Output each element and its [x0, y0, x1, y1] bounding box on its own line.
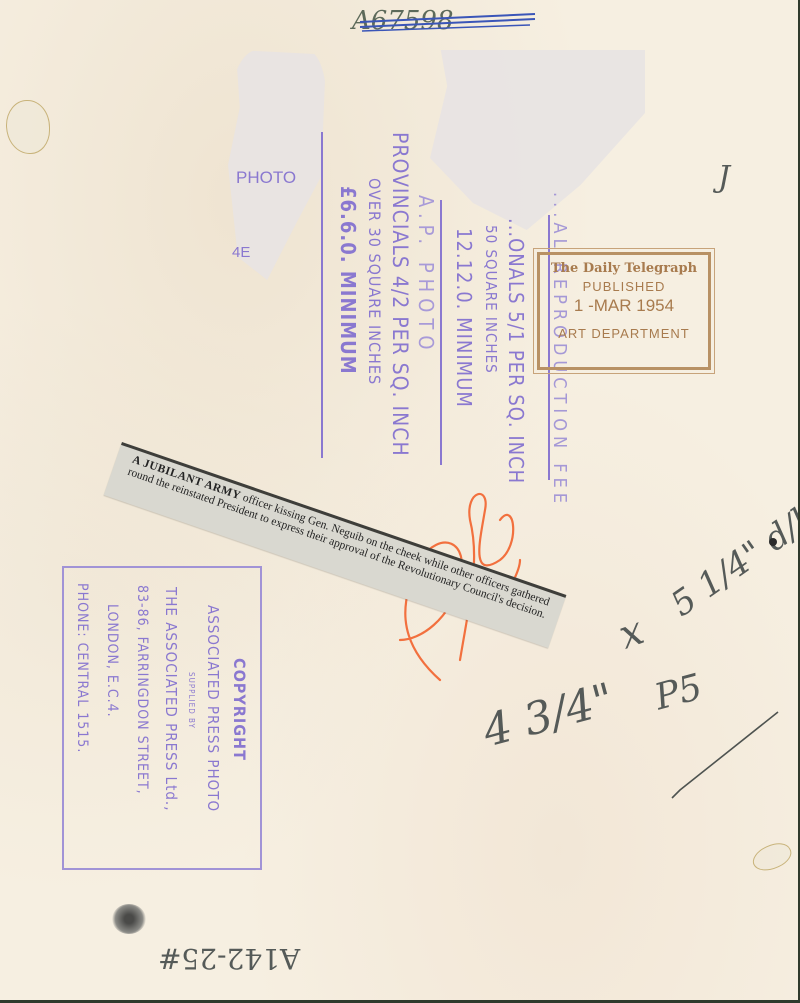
pencil-tick [0, 0, 798, 1000]
reference-number: A142-25# [158, 942, 300, 975]
ink-smudge [112, 904, 146, 934]
photo-back: A67598 J PHOTO 4E A.P. PHOTO PROVINCIALS… [0, 0, 798, 1000]
